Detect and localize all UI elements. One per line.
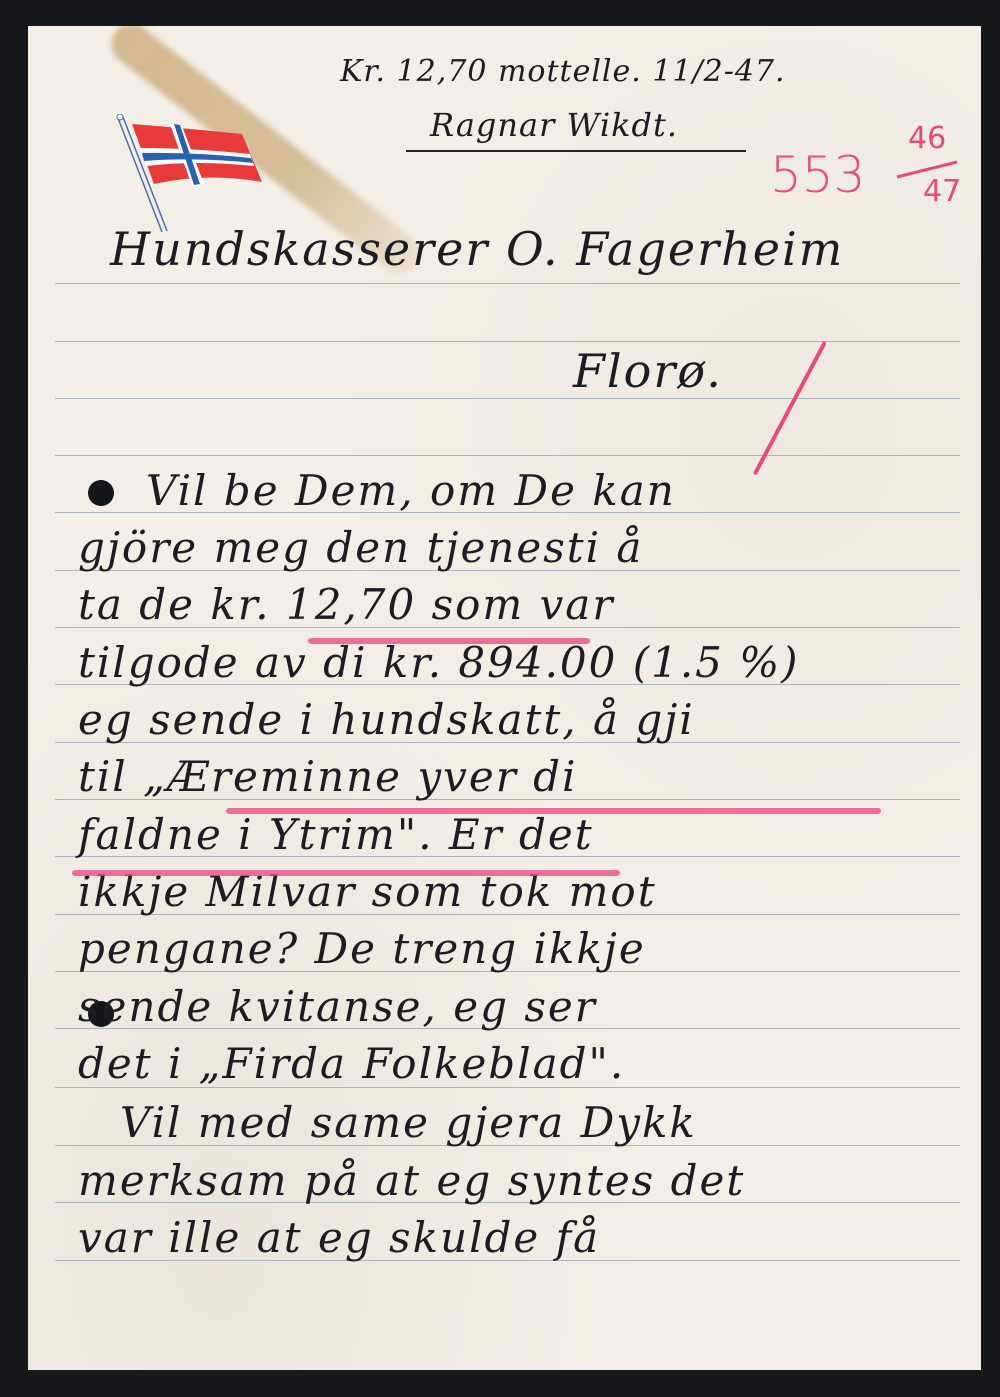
archive-fraction-top: 46 — [908, 121, 946, 156]
archive-number: 553 — [770, 146, 865, 204]
signature: Ragnar Wikdt. — [430, 106, 678, 144]
ruled-line — [55, 455, 960, 456]
body-line: eg sende i hundskatt, å gji — [78, 695, 695, 744]
red-underline — [72, 870, 620, 876]
red-underline — [308, 638, 590, 644]
signature-underline — [406, 150, 746, 152]
recipient-name: Hundskasserer O. Fagerheim — [110, 222, 844, 276]
body-line: merksam på at eg syntes det — [78, 1156, 745, 1205]
body-line: Vil med same gjera Dykk — [120, 1098, 697, 1147]
recipient-place: Florø. — [573, 344, 723, 398]
archive-fraction-bottom: 47 — [923, 174, 961, 209]
body-line: var ille at eg skulde få — [78, 1213, 600, 1262]
body-line: sende kvitanse, eg ser — [78, 982, 597, 1031]
body-line: til „Æreminne yver di — [78, 752, 577, 801]
body-line: Vil be Dem, om De kan — [146, 466, 676, 515]
letter-paper: Kr. 12,70 mottelle. 11/2-47. Ragnar Wikd… — [28, 26, 981, 1370]
body-line: pengane? De treng ikkje — [78, 924, 646, 973]
body-line: det i „Firda Folkeblad". — [78, 1039, 625, 1088]
hole-punch — [88, 480, 114, 506]
body-line: ta de kr. 12,70 som var — [78, 580, 614, 629]
receipt-note: Kr. 12,70 mottelle. 11/2-47. — [340, 54, 786, 89]
ruled-line — [55, 283, 960, 284]
red-underline — [226, 808, 881, 814]
ruled-line — [55, 398, 960, 399]
body-line: faldne i Ytrim". Er det — [78, 810, 594, 859]
body-line: tilgode av di kr. 894.00 (1.5 %) — [78, 638, 800, 687]
body-line: gjöre meg den tjenesti å — [78, 523, 643, 572]
